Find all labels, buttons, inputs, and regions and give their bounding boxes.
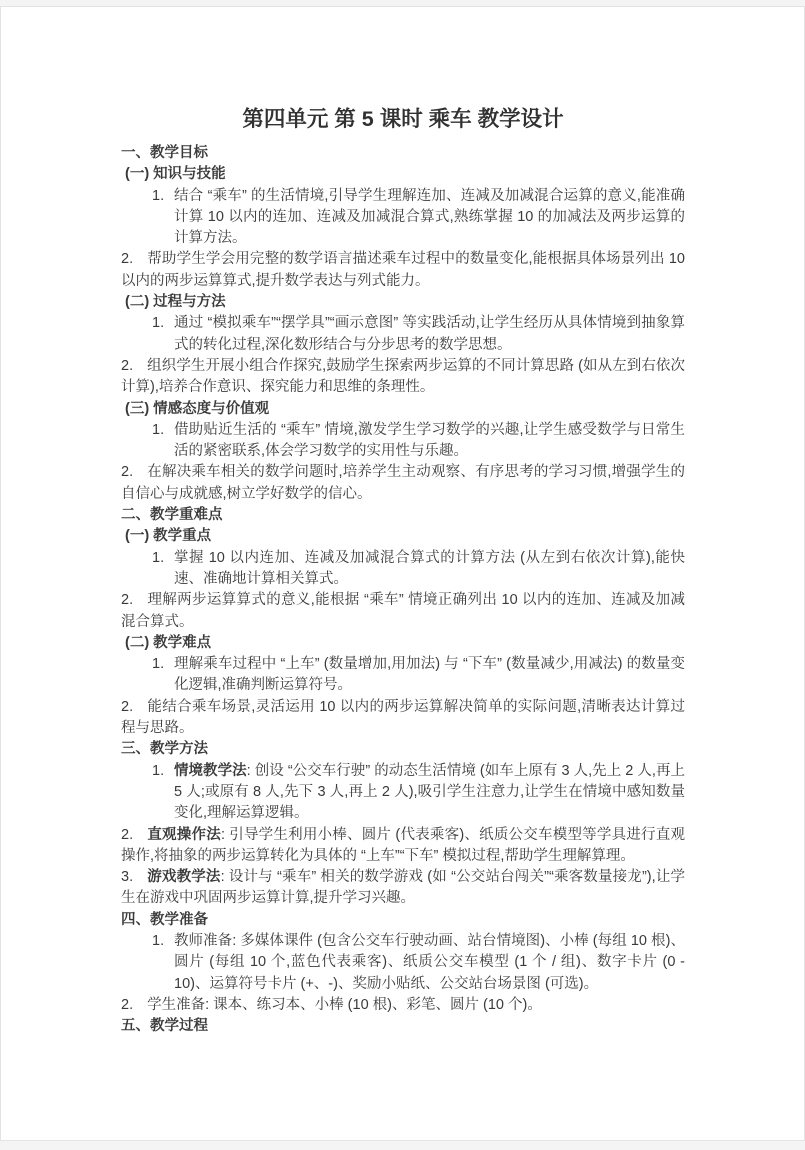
text: 理解乘车过程中 “上车” (数量增加,用加法) 与 “下车” (数量减少,用减法… xyxy=(174,656,685,693)
text: 组织学生开展小组合作探究,鼓励学生探索两步运算的不同计算思路 (如从左到右依次计… xyxy=(121,358,685,395)
list-number: 1. xyxy=(152,761,164,782)
document-page: 第四单元 第 5 课时 乘车 教学设计 一、教学目标(一) 知识与技能1.结合 … xyxy=(0,6,805,1141)
list-number: 1. xyxy=(152,548,164,569)
subsection-heading: (三) 情感态度与价值观 xyxy=(121,399,685,420)
numbered-paragraph: 2.帮助学生学会用完整的数学语言描述乘车过程中的数量变化,能根据具体场景列出 1… xyxy=(121,249,685,292)
text: 教师准备: 多媒体课件 (包含公交车行驶动画、站台情境图)、小棒 (每组 10 … xyxy=(174,933,685,992)
text: 一、教学目标 xyxy=(121,145,208,161)
document-content: 第四单元 第 5 课时 乘车 教学设计 一、教学目标(一) 知识与技能1.结合 … xyxy=(1,7,804,1037)
bold-text: 游戏教学法 xyxy=(147,869,221,885)
numbered-list-item: 1.理解乘车过程中 “上车” (数量增加,用加法) 与 “下车” (数量减少,用… xyxy=(121,654,685,697)
text: 掌握 10 以内连加、连减及加减混合算式的计算方法 (从左到右依次计算),能快速… xyxy=(174,550,685,587)
section-heading: 三、教学方法 xyxy=(121,739,685,760)
text: : 创设 “公交车行驶” 的动态生活情境 (如车上原有 3 人,先上 2 人,再… xyxy=(174,763,685,822)
list-number: 3. xyxy=(121,869,133,885)
subsection-heading: (一) 教学重点 xyxy=(121,526,685,547)
text: 理解两步运算算式的意义,能根据 “乘车” 情境正确列出 10 以内的连加、连减及… xyxy=(121,592,685,629)
list-number: 1. xyxy=(152,931,164,952)
list-number: 2. xyxy=(121,699,133,715)
list-number: 1. xyxy=(152,654,164,675)
numbered-list-item: 1.情境教学法: 创设 “公交车行驶” 的动态生活情境 (如车上原有 3 人,先… xyxy=(121,761,685,825)
list-number: 1. xyxy=(152,186,164,207)
text: (一) 知识与技能 xyxy=(125,166,226,182)
text: 学生准备: 课本、练习本、小棒 (10 根)、彩笔、圆片 (10 个)。 xyxy=(147,997,542,1013)
section-heading: 一、教学目标 xyxy=(121,143,685,164)
list-number: 2. xyxy=(121,592,133,608)
list-number: 1. xyxy=(152,313,164,334)
text: 三、教学方法 xyxy=(121,741,208,757)
section-heading: 五、教学过程 xyxy=(121,1016,685,1037)
numbered-list-item: 1.通过 “模拟乘车”“摆学具”“画示意图” 等实践活动,让学生经历从具体情境到… xyxy=(121,313,685,356)
numbered-list-item: 1.结合 “乘车” 的生活情境,引导学生理解连加、连减及加减混合运算的意义,能准… xyxy=(121,186,685,250)
numbered-paragraph: 2.学生准备: 课本、练习本、小棒 (10 根)、彩笔、圆片 (10 个)。 xyxy=(121,995,685,1016)
subsection-heading: (二) 教学难点 xyxy=(121,633,685,654)
text: 在解决乘车相关的数学问题时,培养学生主动观察、有序思考的学习习惯,增强学生的自信… xyxy=(121,464,685,501)
bold-text: 直观操作法 xyxy=(147,827,221,843)
text: 结合 “乘车” 的生活情境,引导学生理解连加、连减及加减混合运算的意义,能准确计… xyxy=(174,188,685,247)
list-number: 2. xyxy=(121,997,133,1013)
numbered-list-item: 1.教师准备: 多媒体课件 (包含公交车行驶动画、站台情境图)、小棒 (每组 1… xyxy=(121,931,685,995)
text: 五、教学过程 xyxy=(121,1018,208,1034)
numbered-paragraph: 2.直观操作法: 引导学生利用小棒、圆片 (代表乘客)、纸质公交车模型等学具进行… xyxy=(121,825,685,868)
bold-text: 情境教学法 xyxy=(174,763,247,779)
list-number: 1. xyxy=(152,420,164,441)
numbered-paragraph: 3.游戏教学法: 设计与 “乘车” 相关的数学游戏 (如 “公交站台闯关”“乘客… xyxy=(121,867,685,910)
text: 二、教学重难点 xyxy=(121,507,223,523)
text: 通过 “模拟乘车”“摆学具”“画示意图” 等实践活动,让学生经历从具体情境到抽象… xyxy=(174,315,685,352)
text: 借助贴近生活的 “乘车” 情境,激发学生学习数学的兴趣,让学生感受数学与日常生活… xyxy=(174,422,685,459)
text: (三) 情感态度与价值观 xyxy=(125,401,269,417)
text: (二) 教学难点 xyxy=(125,635,211,651)
text: (二) 过程与方法 xyxy=(125,294,226,310)
text: 四、教学准备 xyxy=(121,912,208,928)
document-title: 第四单元 第 5 课时 乘车 教学设计 xyxy=(121,104,685,134)
text: 能结合乘车场景,灵活运用 10 以内的两步运算解决简单的实际问题,清晰表达计算过… xyxy=(121,699,685,736)
numbered-paragraph: 2.组织学生开展小组合作探究,鼓励学生探索两步运算的不同计算思路 (如从左到右依… xyxy=(121,356,685,399)
document-body: 一、教学目标(一) 知识与技能1.结合 “乘车” 的生活情境,引导学生理解连加、… xyxy=(121,143,685,1037)
subsection-heading: (二) 过程与方法 xyxy=(121,292,685,313)
text: (一) 教学重点 xyxy=(125,528,211,544)
text: 帮助学生学会用完整的数学语言描述乘车过程中的数量变化,能根据具体场景列出 10 … xyxy=(121,251,685,288)
numbered-list-item: 1.掌握 10 以内连加、连减及加减混合算式的计算方法 (从左到右依次计算),能… xyxy=(121,548,685,591)
section-heading: 四、教学准备 xyxy=(121,910,685,931)
list-number: 2. xyxy=(121,827,133,843)
list-number: 2. xyxy=(121,464,133,480)
list-number: 2. xyxy=(121,358,133,374)
numbered-list-item: 1.借助贴近生活的 “乘车” 情境,激发学生学习数学的兴趣,让学生感受数学与日常… xyxy=(121,420,685,463)
numbered-paragraph: 2.能结合乘车场景,灵活运用 10 以内的两步运算解决简单的实际问题,清晰表达计… xyxy=(121,697,685,740)
numbered-paragraph: 2.在解决乘车相关的数学问题时,培养学生主动观察、有序思考的学习习惯,增强学生的… xyxy=(121,462,685,505)
subsection-heading: (一) 知识与技能 xyxy=(121,164,685,185)
numbered-paragraph: 2.理解两步运算算式的意义,能根据 “乘车” 情境正确列出 10 以内的连加、连… xyxy=(121,590,685,633)
list-number: 2. xyxy=(121,251,133,267)
section-heading: 二、教学重难点 xyxy=(121,505,685,526)
